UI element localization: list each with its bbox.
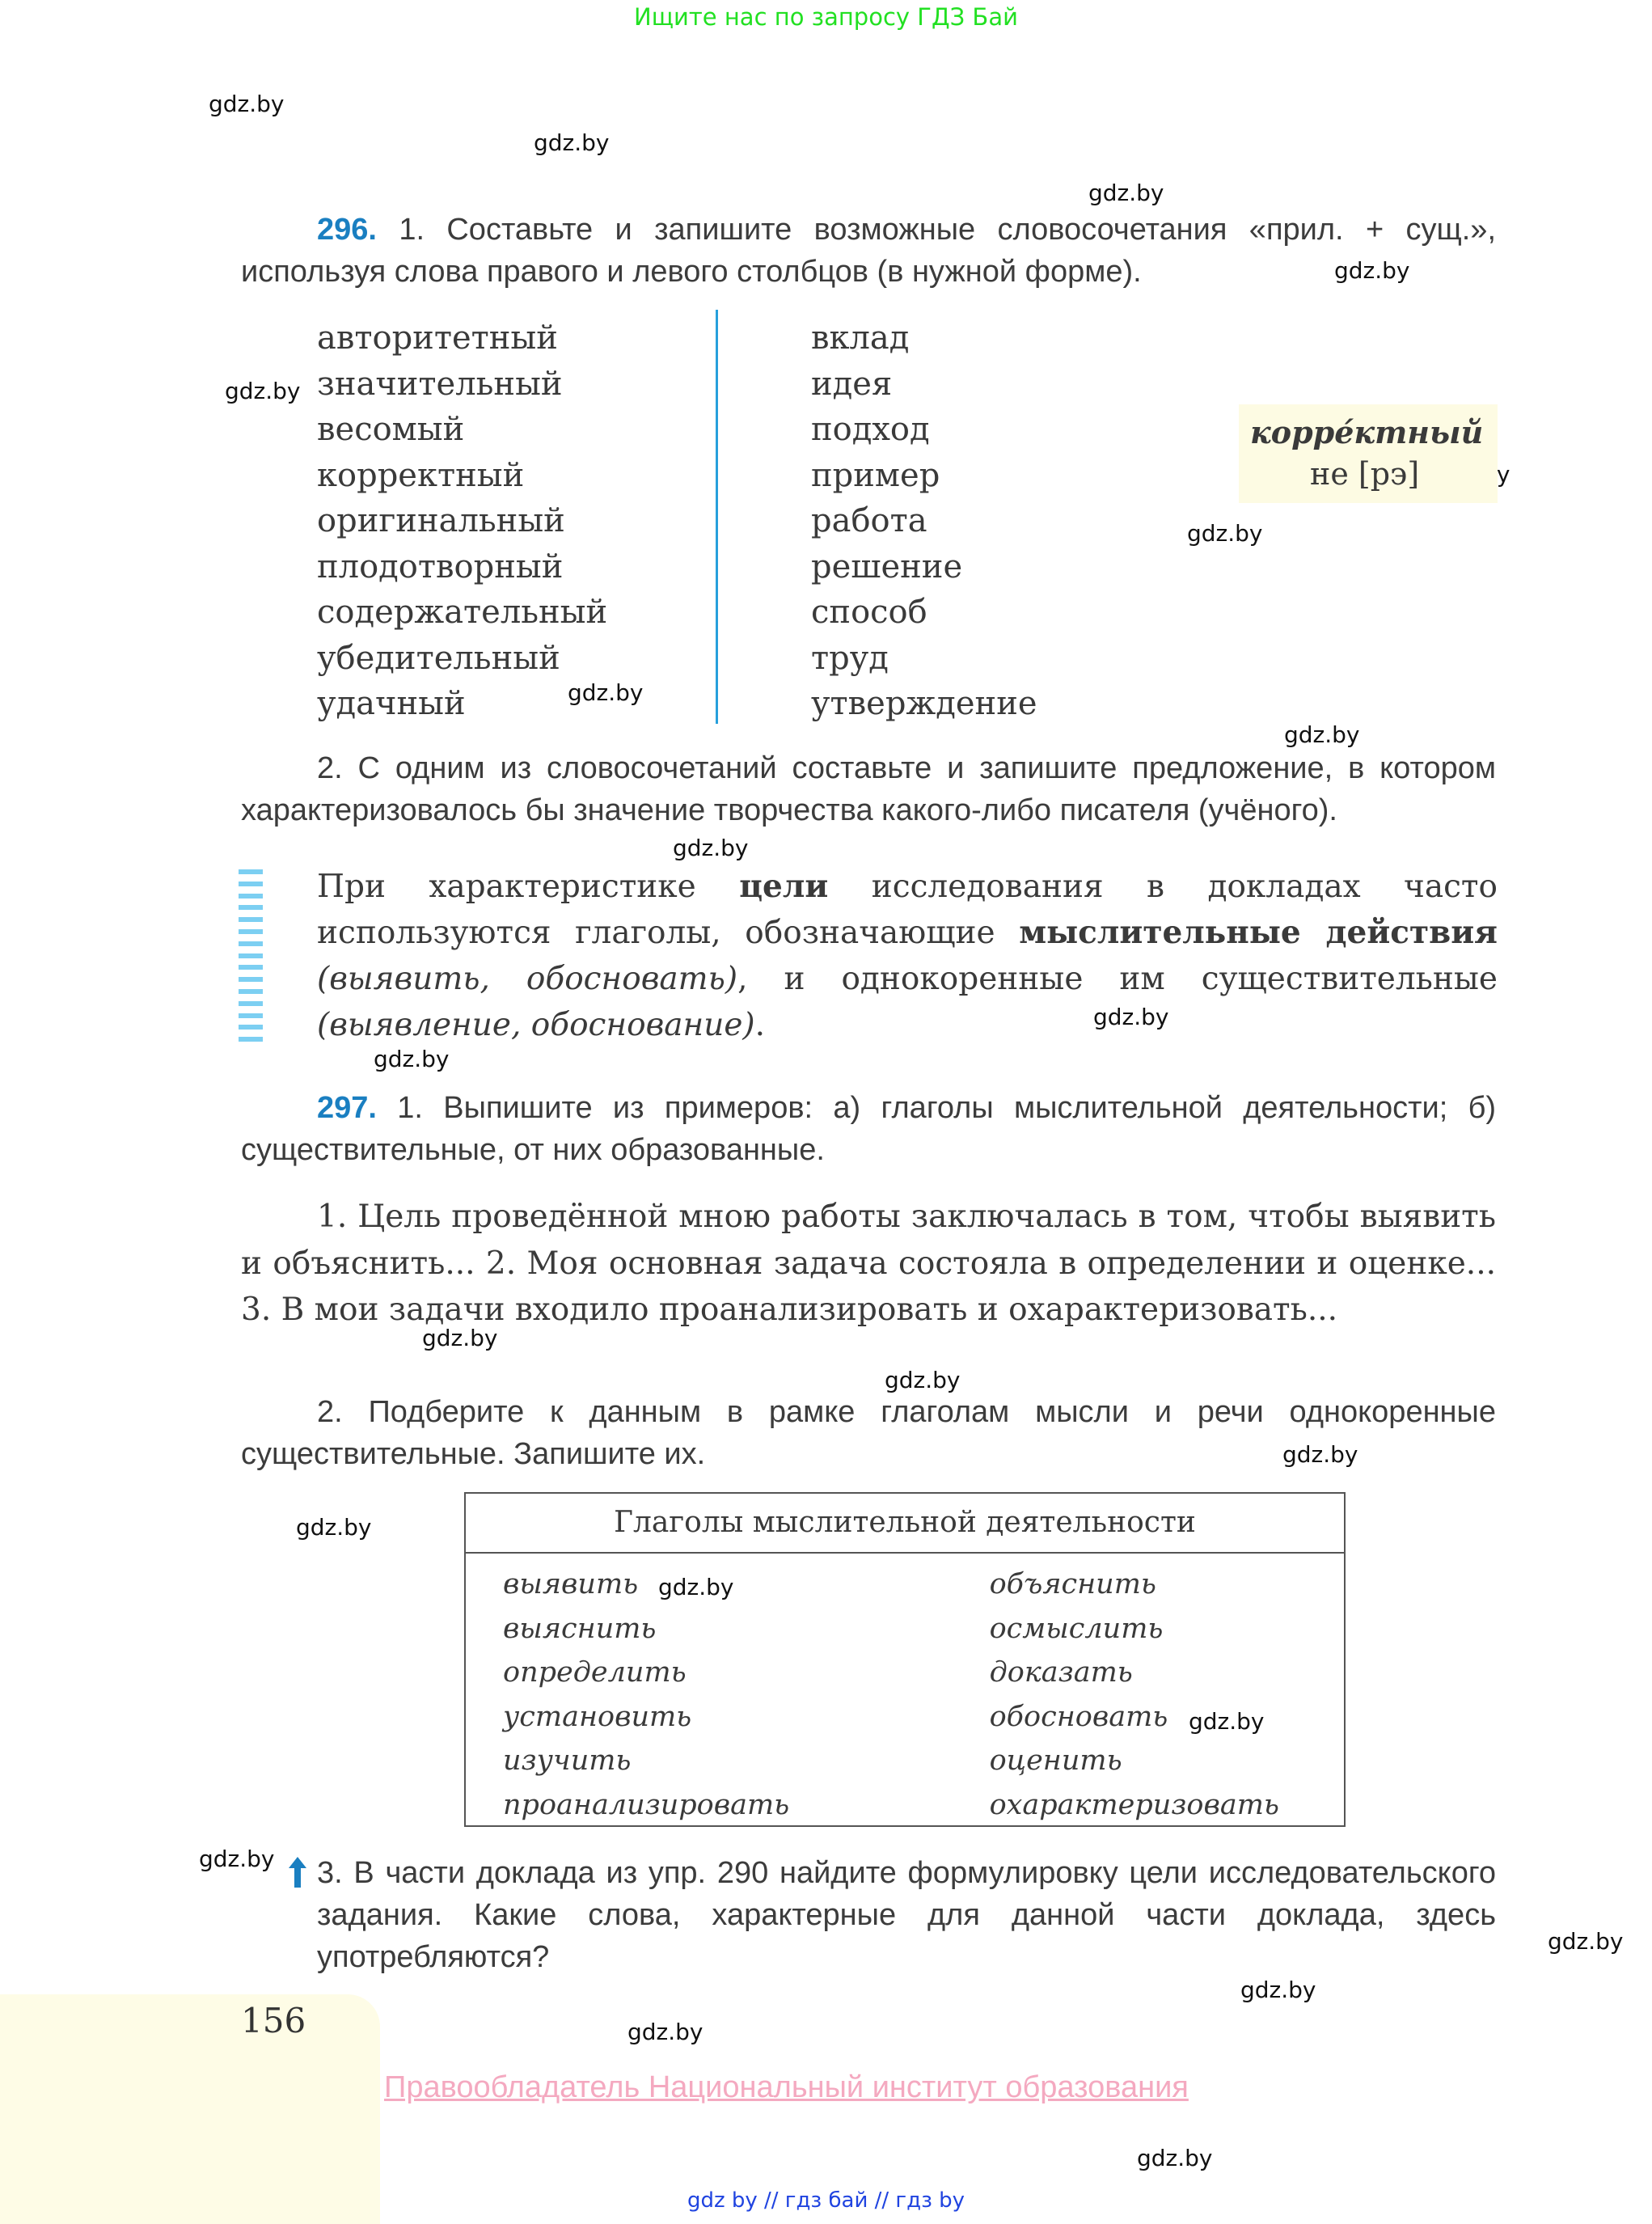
adjective-item: убедительный: [317, 636, 607, 682]
adjective-column: авторитетныйзначительныйвесомыйкорректны…: [317, 315, 607, 727]
frame-row: изучитьоценить: [503, 1744, 1312, 1789]
rule-italic: (выявление, обоснование): [317, 1007, 755, 1043]
pronunciation-note: корре́ктный не [рэ]: [1239, 404, 1498, 503]
watermark: gdz.by: [1548, 1928, 1624, 1955]
exercise-number: 297.: [317, 1091, 377, 1125]
verb-item: объяснить: [990, 1568, 1312, 1613]
rule-italic: (выявить, обосновать): [317, 961, 737, 997]
watermark: gdz.by: [673, 835, 749, 861]
watermark: gdz.by: [1284, 721, 1360, 748]
rule-text: .: [755, 1007, 765, 1043]
column-divider: [716, 310, 718, 724]
rule-bold: цели: [739, 868, 828, 905]
rule-text: При характеристике: [317, 869, 739, 905]
frame-row: выявитьобъяснить: [503, 1568, 1312, 1613]
rule-bold: мыслительные действия: [1019, 914, 1498, 951]
top-banner: Ищите нас по запросу ГДЗ Бай: [0, 3, 1652, 31]
exercise-number: 296.: [317, 213, 377, 247]
task-text: 1. Составьте и запишите возможные словос…: [241, 213, 1496, 289]
noun-item: утверждение: [811, 681, 1037, 727]
verb-item: установить: [503, 1701, 990, 1745]
noun-item: решение: [811, 544, 1037, 590]
adjective-item: удачный: [317, 681, 607, 727]
examples-text: 1. Цель проведённой мною работы заключал…: [241, 1194, 1496, 1334]
watermark: gdz.by: [209, 91, 285, 117]
adjective-item: оригинальный: [317, 498, 607, 544]
verb-item: оценить: [990, 1744, 1312, 1789]
verb-item: осмыслить: [990, 1613, 1312, 1657]
frame-row: выяснитьосмыслить: [503, 1613, 1312, 1657]
verb-item: обосновать: [990, 1701, 1312, 1745]
adjective-item: корректный: [317, 453, 607, 499]
exercise-296-task1: 296. 1. Составьте и запишите возможные с…: [241, 209, 1496, 293]
frame-grid: выявитьобъяснитьвыяснитьосмыслитьопредел…: [503, 1568, 1312, 1833]
arrow-up-icon: [289, 1857, 306, 1888]
watermark: gdz.by: [885, 1367, 961, 1393]
noun-item: труд: [811, 636, 1037, 682]
frame-row: установитьобосновать: [503, 1701, 1312, 1745]
rule-text: , и однокоренные им существительные: [737, 961, 1498, 997]
watermark: gdz.by: [534, 129, 610, 156]
note-pronunciation: не [рэ]: [1310, 456, 1419, 492]
watermark: gdz.by: [1187, 520, 1263, 547]
exercise-297-task3: 3. В части доклада из упр. 290 найдите ф…: [317, 1852, 1496, 1978]
adjective-item: весомый: [317, 407, 607, 453]
page-number: 156: [241, 2001, 306, 2040]
verbs-frame: Глаголы мыслительной деятельности выявит…: [464, 1492, 1346, 1827]
noun-item: идея: [811, 362, 1037, 408]
noun-item: работа: [811, 498, 1037, 544]
noun-column: вкладидеяподходпримерработарешениеспособ…: [811, 315, 1037, 727]
adjective-item: плодотворный: [317, 544, 607, 590]
frame-row: проанализироватьохарактеризовать: [503, 1789, 1312, 1833]
verb-item: определить: [503, 1656, 990, 1701]
exercise-296-task2: 2. С одним из словосочетаний составьте и…: [241, 747, 1496, 831]
task-text: 1. Выпишите из примеров: а) глаголы мысл…: [241, 1091, 1496, 1167]
verb-item: выявить: [503, 1568, 990, 1613]
exercise-297-task1: 297. 1. Выпишите из примеров: а) глаголы…: [241, 1087, 1496, 1171]
watermark: gdz.by: [1088, 180, 1164, 206]
exercise-297-task2: 2. Подберите к данным в рамке глаголам м…: [241, 1391, 1496, 1475]
adjective-item: содержательный: [317, 590, 607, 636]
adjective-item: значительный: [317, 362, 607, 408]
noun-item: подход: [811, 407, 1037, 453]
watermark: gdz.by: [225, 378, 301, 404]
frame-row: определитьдоказать: [503, 1656, 1312, 1701]
watermark: gdz.by: [1240, 1977, 1316, 2003]
verb-item: проанализировать: [503, 1789, 990, 1833]
watermark: gdz.by: [374, 1046, 450, 1072]
noun-item: пример: [811, 453, 1037, 499]
watermark: gdz.by: [199, 1846, 275, 1872]
watermark: gdz.by: [627, 2019, 703, 2045]
footer-links[interactable]: gdz by // гдз бай // гдз by: [0, 2188, 1652, 2213]
verb-item: изучить: [503, 1744, 990, 1789]
noun-item: вклад: [811, 315, 1037, 362]
verb-item: выяснить: [503, 1613, 990, 1657]
frame-title: Глаголы мыслительной деятельности: [466, 1494, 1344, 1554]
rule-marker-icon: [239, 869, 263, 1049]
rule-block: При характеристике цели исследования в д…: [317, 864, 1498, 1048]
watermark: gdz.by: [1137, 2145, 1213, 2171]
verb-item: доказать: [990, 1656, 1312, 1701]
adjective-item: авторитетный: [317, 315, 607, 362]
rights-holder-link[interactable]: Правообладатель Национальный институт об…: [384, 2070, 1189, 2105]
verb-item: охарактеризовать: [990, 1789, 1312, 1833]
noun-item: способ: [811, 590, 1037, 636]
note-word: корре́ктный: [1250, 414, 1483, 450]
watermark: gdz.by: [296, 1514, 372, 1541]
